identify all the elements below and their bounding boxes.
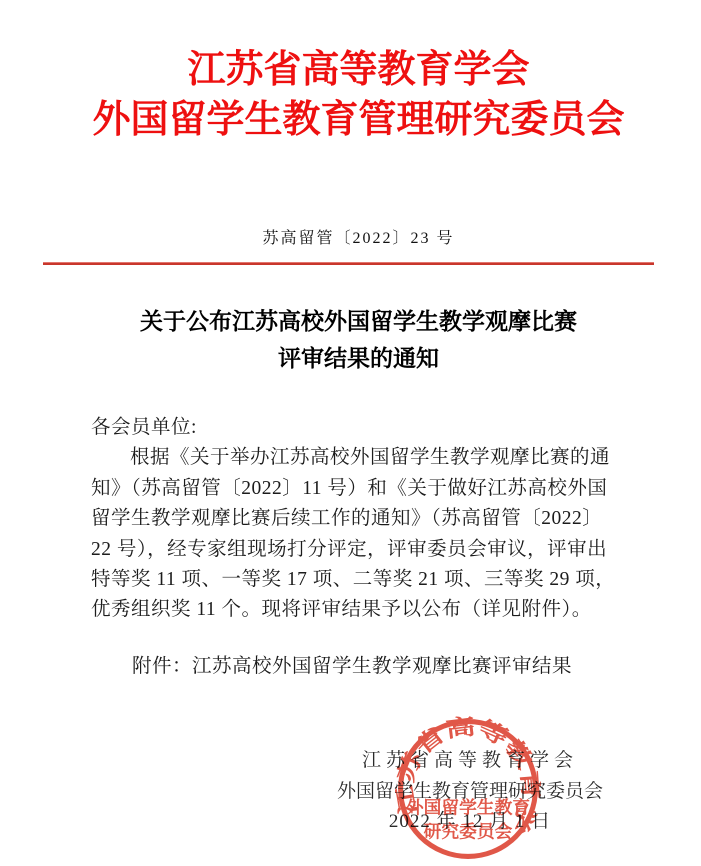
attachment-line: 附件：江苏高校外国留学生教学观摩比赛评审结果 [91, 656, 641, 678]
notice-title-line-2: 评审结果的通知 [16, 340, 701, 377]
signature-block: 江苏省高等教育学会 外国留学生教育管理研究委员会 2022 年 12 月 1 日 [320, 746, 620, 838]
letterhead-line-1: 江苏省高等教育学会 [16, 45, 701, 95]
body-line: 留学生教学观摩比赛后续工作的通知》（苏高留管〔2022〕 [91, 504, 641, 534]
body-line: 22 号），经专家组现场打分评定，评审委员会审议，评审出 [91, 535, 641, 565]
letterhead: 江苏省高等教育学会 外国留学生教育管理研究委员会 [16, 0, 701, 145]
notice-title: 关于公布江苏高校外国留学生教学观摩比赛 评审结果的通知 [16, 303, 701, 377]
document-number: 苏高留管〔2022〕23 号 [16, 229, 701, 249]
document-page: 江苏省高等教育学会 外国留学生教育管理研究委员会 苏高留管〔2022〕23 号 … [0, 0, 701, 866]
letterhead-line-2: 外国留学生教育管理研究委员会 [16, 95, 701, 145]
notice-body: 各会员单位: 根据《关于举办江苏高校外国留学生教学观摩比赛的通 知》（苏高留管〔… [91, 413, 641, 678]
body-line: 特等奖 11 项、一等奖 17 项、二等奖 21 项、三等奖 29 项， [91, 565, 641, 595]
signature-org-line-1: 江苏省高等教育学会 [320, 746, 620, 777]
body-line: 优秀组织奖 11 个。现将评审结果予以公布（详见附件）。 [91, 595, 641, 625]
signature-org-line-2: 外国留学生教育管理研究委员会 [320, 777, 620, 808]
body-line: 根据《关于举办江苏高校外国留学生教学观摩比赛的通 [91, 443, 641, 473]
salutation: 各会员单位: [91, 413, 641, 443]
signature-date: 2022 年 12 月 1 日 [320, 807, 620, 838]
body-line: 知》（苏高留管〔2022〕11 号）和《关于做好江苏高校外国 [91, 474, 641, 504]
notice-title-line-1: 关于公布江苏高校外国留学生教学观摩比赛 [16, 303, 701, 340]
red-header-rule [43, 262, 654, 265]
